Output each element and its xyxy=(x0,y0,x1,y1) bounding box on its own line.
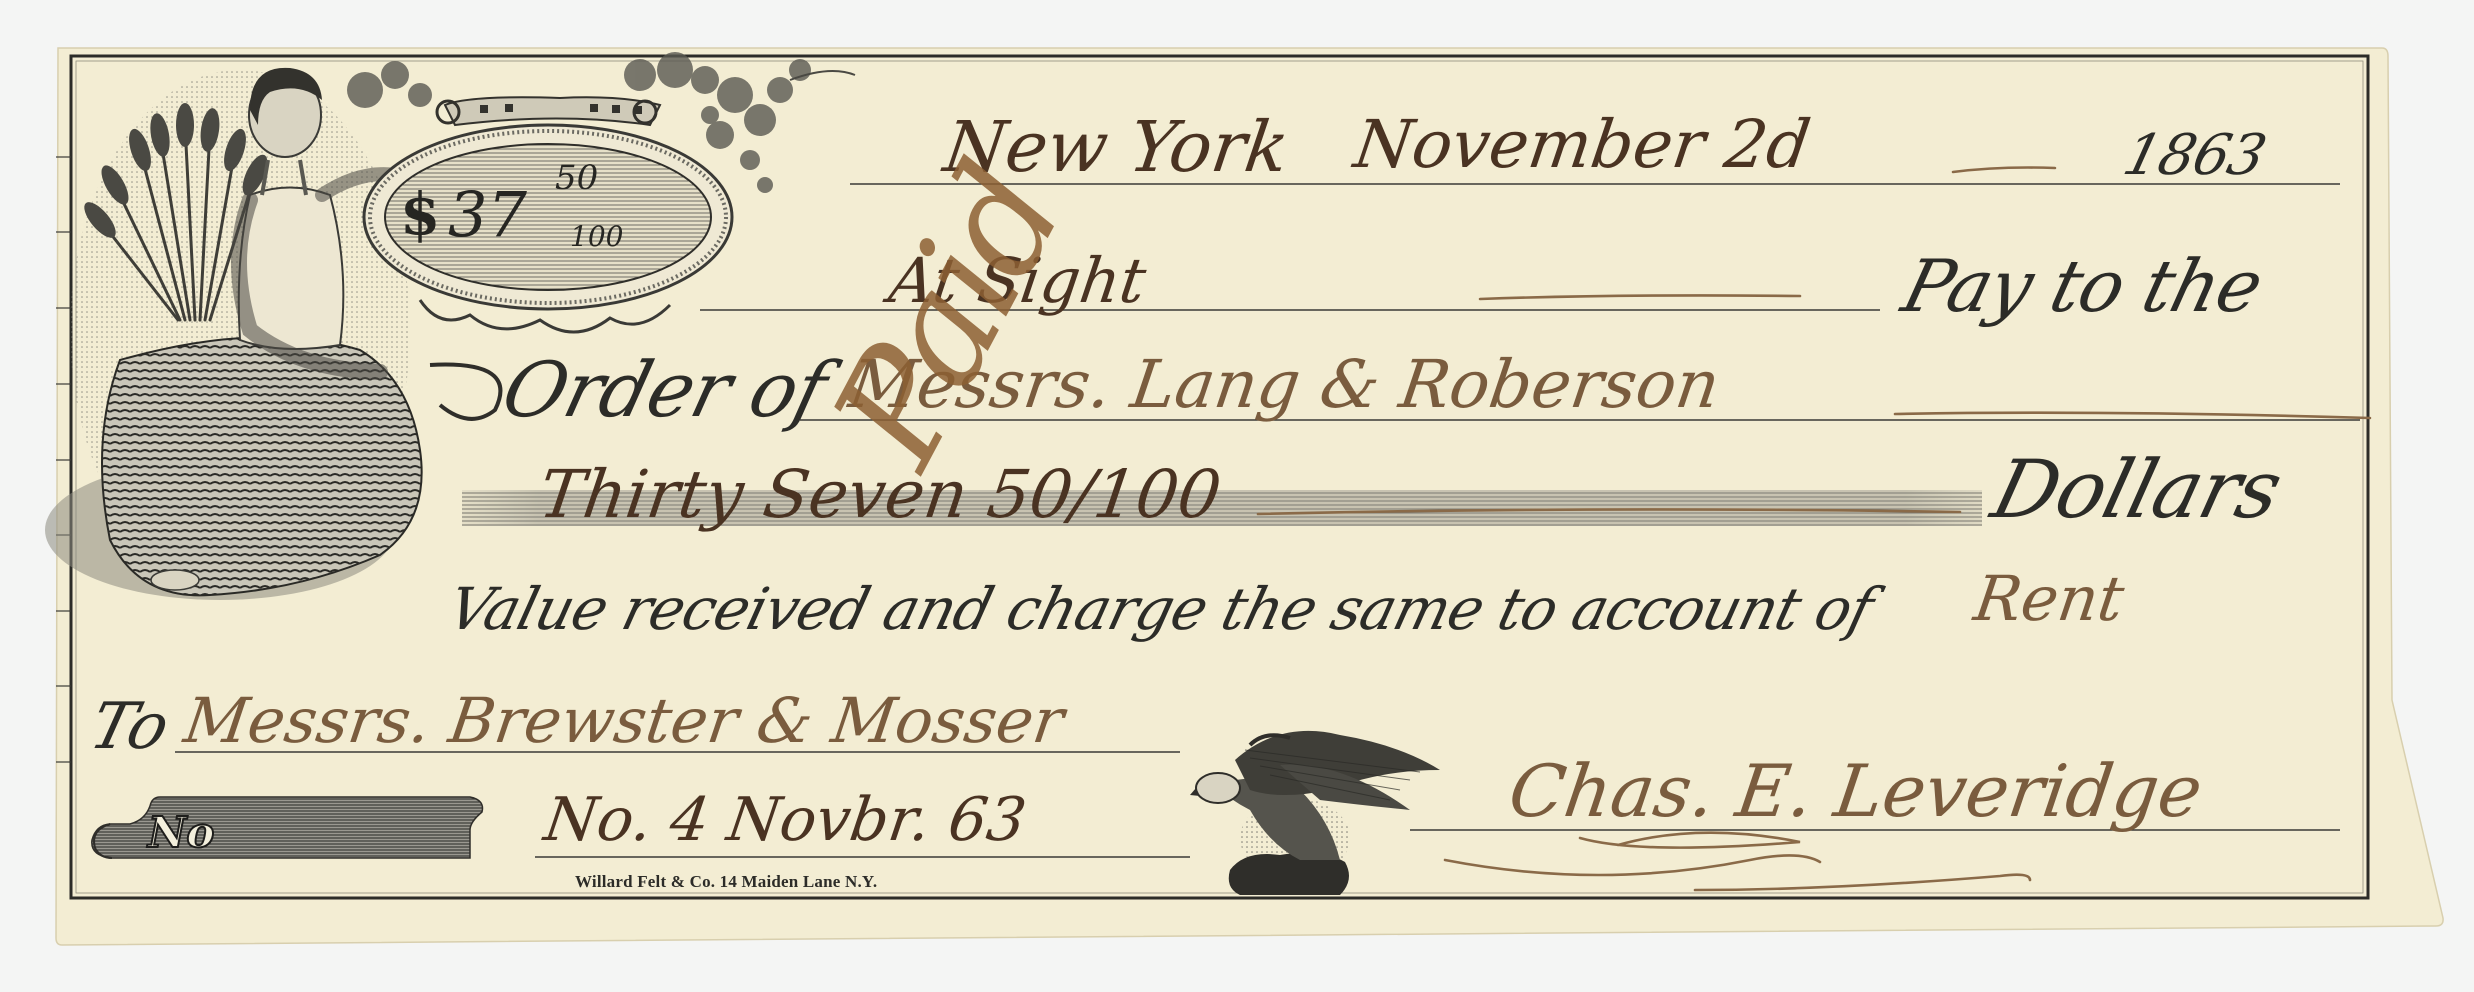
drawer-signature: Chas. E. Leveridge xyxy=(1505,755,2207,827)
dollar-sign: $ xyxy=(400,180,440,248)
check-number: No. 4 Novbr. 63 xyxy=(541,790,1030,850)
dollars-label: Dollars xyxy=(1985,450,2288,530)
value-received-label: Value received and charge the same to ac… xyxy=(443,580,1878,638)
written-amount: Thirty Seven 50/100 xyxy=(535,462,1225,528)
account-name: Rent xyxy=(1971,568,2128,630)
amount-denominator: 100 xyxy=(570,220,623,253)
pay-to-the-label: Pay to the xyxy=(1896,250,2269,322)
year-text: 1863 xyxy=(2118,128,2270,184)
no-label: No xyxy=(148,808,214,857)
date-text: November 2d xyxy=(1350,112,1814,178)
printer-imprint: Willard Felt & Co. 14 Maiden Lane N.Y. xyxy=(575,872,877,892)
drawee-name: Messrs. Brewster & Mosser xyxy=(181,690,1068,752)
amount-cents: 50 xyxy=(555,158,598,198)
check-document: $ 37 50 100 New York November 2d 1863 At… xyxy=(0,0,2474,992)
order-of-label: Order of xyxy=(496,352,834,428)
amount-whole: 37 xyxy=(448,178,527,251)
